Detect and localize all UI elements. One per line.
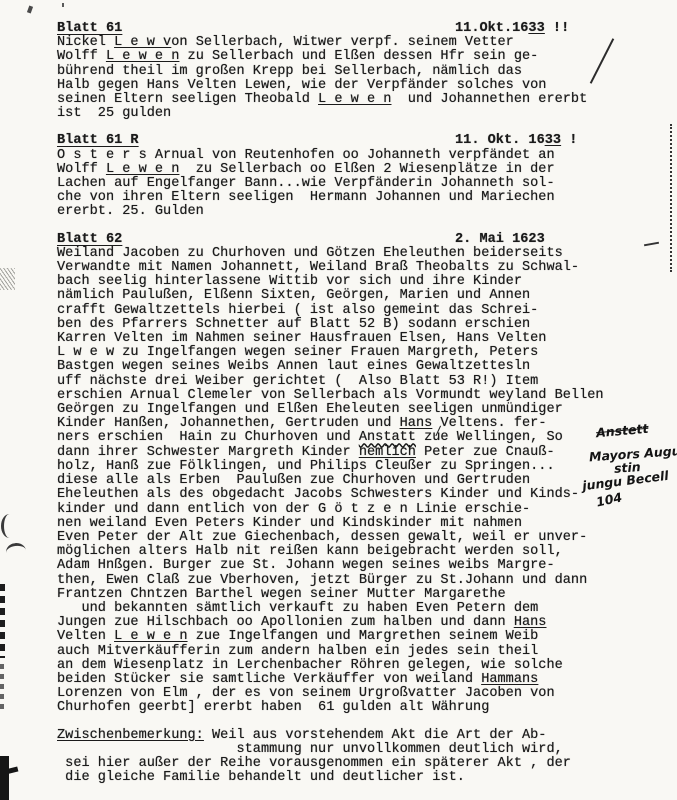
text-line: stammung nur unvollkommen deutlich wird,	[57, 743, 653, 757]
text-line: Jungen zue Hilschbach oo Apollonien zum …	[57, 616, 653, 630]
top-speck2-artifact	[62, 3, 64, 7]
text-line: Geörgen zu Ingelfangen und Elßen Eheleut…	[57, 403, 653, 417]
text-line: Verwandte mit Namen Johannett, Weiland B…	[57, 261, 653, 275]
section-heading-row: Blatt 622. Mai 1623	[57, 233, 653, 247]
section-date: 11.Okt.1633 !!	[455, 22, 569, 36]
text-line: auch Mitverkäufferin zum andern halben e…	[57, 645, 653, 659]
text-line: Eheleuthen als des obgedacht Jacobs Schw…	[57, 488, 653, 502]
section-zwischenbemerkung: Zwischenbemerkung: Weil aus vorstehendem…	[57, 729, 653, 786]
left-edge-dash-artifact	[0, 584, 5, 658]
text-line: Churhofen geerbt] ererbt haben 61 gulden…	[57, 701, 653, 715]
text-line: Halb gegen Hans Velten Lewen, wie der Ve…	[57, 79, 653, 93]
text-line: Weiland Jacoben zu Churhoven und Götzen …	[57, 247, 653, 261]
text-line: ererbt. 25. Gulden	[57, 205, 653, 219]
text-line: dann ihrer Schwester Margreth Kinder nem…	[57, 446, 653, 460]
section-blatt-61r: Blatt 61 R11. Okt. 1633 !O s t e r s Arn…	[57, 134, 653, 219]
text-line: Zwischenbemerkung: Weil aus vorstehendem…	[57, 729, 653, 743]
text-line: che von ihren Eltern seeligen Hermann Jo…	[57, 191, 653, 205]
text-line: beiden Stücker sie samtliche Verkäuffer …	[57, 673, 653, 687]
text-line: Karren Velten im Nahmen seiner Hausfraue…	[57, 332, 653, 346]
text-line: Frantzen Chntzen Barthel wegen seiner Mu…	[57, 588, 653, 602]
text-line: Lachen auf Engelfanger Bann...wie Verpfä…	[57, 177, 653, 191]
right-edge-dotted-artifact	[670, 124, 672, 272]
left-edge-dash2-artifact	[0, 664, 4, 710]
top-speck-artifact	[27, 6, 33, 14]
section-heading-row: Blatt 6111.Okt.1633 !!	[57, 22, 653, 36]
text-line: ners erschien Hain zu Churhoven und Anst…	[57, 431, 653, 445]
text-line: bach seelig hinterlassene Wittib vor sic…	[57, 275, 653, 289]
left-hatch-smudge-artifact	[0, 268, 15, 290]
section-date: 11. Okt. 1633 !	[455, 134, 577, 148]
text-line: sei hier außer der Reihe vorausgenommen …	[57, 757, 653, 771]
text-line: O s t e r s Arnual von Reutenhofen oo Jo…	[57, 149, 653, 163]
typewritten-document: Blatt 6111.Okt.1633 !!Nickel L e w von S…	[57, 22, 653, 798]
text-line: an dem Wiesenplatz in Lerchenbacher Röhr…	[57, 659, 653, 673]
text-line: Even Peter der Alt zue Giechenbach, dess…	[57, 531, 653, 545]
text-line: Nickel L e w von Sellerbach, Witwer verp…	[57, 36, 653, 50]
text-line: und bekannten sämtlich verkauft zu haben…	[57, 602, 653, 616]
text-line: nen weiland Even Peters Kinder und Kinds…	[57, 517, 653, 531]
text-line: Kinder Hanßen, Johannethen, Gertruden un…	[57, 417, 653, 431]
left-margin-arc2-artifact	[5, 542, 27, 562]
text-line: seinen Eltern seeligen Theobald L e w e …	[57, 93, 653, 107]
scanned-document-page: { "document": { "kind": "typewritten gen…	[0, 0, 677, 800]
text-line: Lorenzen von Elm , der es von seinem Urg…	[57, 687, 653, 701]
section-heading: Blatt 61 R	[57, 133, 139, 148]
text-line: die gleiche Familie behandelt und deutli…	[57, 771, 653, 785]
text-line: kinder und dann entlich von der G ö t z …	[57, 503, 653, 517]
text-line: erschien Arnual Clemeler von Sellerbach …	[57, 389, 653, 403]
text-line: then, Ewen Claß zue Vberhoven, jetzt Bür…	[57, 574, 653, 588]
text-line: Adam Hnßgen. Burger zue St. Johann wegen…	[57, 559, 653, 573]
bottom-left-blob-artifact	[0, 756, 9, 800]
text-line: Wolff L e w e n zu Sellerbach oo Elßen 2…	[57, 163, 653, 177]
text-line: möglichen alters Halb nit reißen kann be…	[57, 545, 653, 559]
text-line: ist 25 gulden	[57, 107, 653, 121]
section-blatt-61: Blatt 6111.Okt.1633 !!Nickel L e w von S…	[57, 22, 653, 121]
text-line: diese alle als Erben Paulußen zue Churho…	[57, 474, 653, 488]
left-margin-arc-artifact	[1, 514, 18, 538]
section-date: 2. Mai 1623	[455, 233, 545, 247]
text-line: ben des Pfarrers Schnetter auf Blatt 52 …	[57, 318, 653, 332]
text-line: Velten L e w e n zue Ingelfangen und Mar…	[57, 630, 653, 644]
text-line: uff nächste drei Weiber gerichtet ( Also…	[57, 375, 653, 389]
text-line: Bastgen wegen seines Weibs Annen laut ei…	[57, 360, 653, 374]
section-heading: Blatt 62	[57, 232, 122, 247]
text-line: nämlich Paulußen, Elßenn Sixten, Geörgen…	[57, 289, 653, 303]
text-line: L w e w zu Ingelfangen wegen seiner Frau…	[57, 346, 653, 360]
text-line: bührend theil im großen Krepp bei Seller…	[57, 65, 653, 79]
section-heading-row: Blatt 61 R11. Okt. 1633 !	[57, 134, 653, 148]
text-line: Wolff L e w e n zu Sellerbach und Elßen …	[57, 50, 653, 64]
section-blatt-62: Blatt 622. Mai 1623Weiland Jacoben zu Ch…	[57, 233, 653, 716]
text-line: crafft Gewaltzettels hierbei ( ist also …	[57, 304, 653, 318]
section-heading: Blatt 61	[57, 21, 122, 36]
text-line: holz, Hanß zue Fölklingen, und Philips C…	[57, 460, 653, 474]
